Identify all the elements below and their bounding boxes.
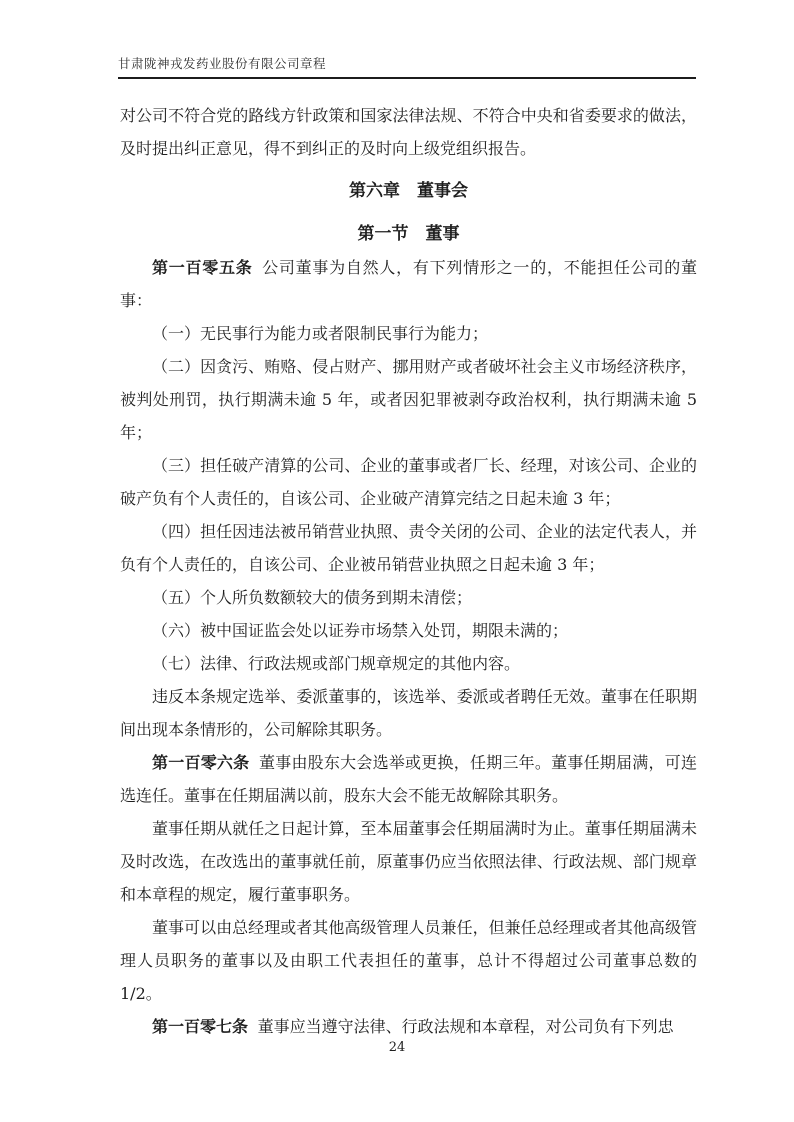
header-title: 甘肃陇神戎发药业股份有限公司章程	[118, 56, 326, 71]
paragraph-text: 董事应当遵守法律、行政法规和本章程，对公司负有下列忠	[258, 1017, 674, 1036]
document-page: 甘肃陇神戎发药业股份有限公司章程 对公司不符合党的路线方针政策和国家法律法规、不…	[0, 0, 794, 1122]
article-number: 第一百零七条	[152, 1017, 248, 1036]
paragraph: 董事任期从就任之日起计算，至本届董事会任期届满时为止。董事任期届满未及时改选，在…	[120, 812, 697, 911]
paragraph: （七）法律、行政法规或部门规章规定的其他内容。	[120, 647, 697, 680]
paragraph: （五）个人所负数额较大的债务到期未清偿；	[120, 581, 697, 614]
article-number: 第一百零六条	[152, 753, 249, 772]
paragraph: （一）无民事行为能力或者限制民事行为能力；	[120, 317, 697, 350]
article-paragraph: 第一百零五条公司董事为自然人，有下列情形之一的，不能担任公司的董事：	[120, 251, 697, 317]
paragraph: （二）因贪污、贿赂、侵占财产、挪用财产或者破坏社会主义市场经济秩序，被判处刑罚，…	[120, 350, 697, 449]
page-header: 甘肃陇神戎发药业股份有限公司章程	[118, 0, 696, 79]
paragraph: 对公司不符合党的路线方针政策和国家法律法规、不符合中央和省委要求的做法，及时提出…	[120, 99, 697, 165]
page-number: 24	[389, 1040, 406, 1055]
paragraph: 董事可以由总经理或者其他高级管理人员兼任，但兼任总经理或者其他高级管理人员职务的…	[120, 911, 697, 1010]
document-content: 对公司不符合党的路线方针政策和国家法律法规、不符合中央和省委要求的做法，及时提出…	[120, 79, 697, 1043]
chapter-heading: 第六章 董事会	[120, 175, 697, 208]
section-heading: 第一节 董事	[120, 218, 697, 251]
article-paragraph: 第一百零六条董事由股东大会选举或更换，任期三年。董事任期届满，可连选连任。董事在…	[120, 746, 697, 812]
paragraph: 违反本条规定选举、委派董事的，该选举、委派或者聘任无效。董事在任职期间出现本条情…	[120, 680, 697, 746]
page-footer: 24	[0, 1036, 794, 1055]
article-number: 第一百零五条	[152, 258, 253, 277]
paragraph: （四）担任因违法被吊销营业执照、责令关闭的公司、企业的法定代表人，并负有个人责任…	[120, 515, 697, 581]
paragraph: （六）被中国证监会处以证券市场禁入处罚，期限未满的；	[120, 614, 697, 647]
paragraph: （三）担任破产清算的公司、企业的董事或者厂长、经理，对该公司、企业的破产负有个人…	[120, 449, 697, 515]
